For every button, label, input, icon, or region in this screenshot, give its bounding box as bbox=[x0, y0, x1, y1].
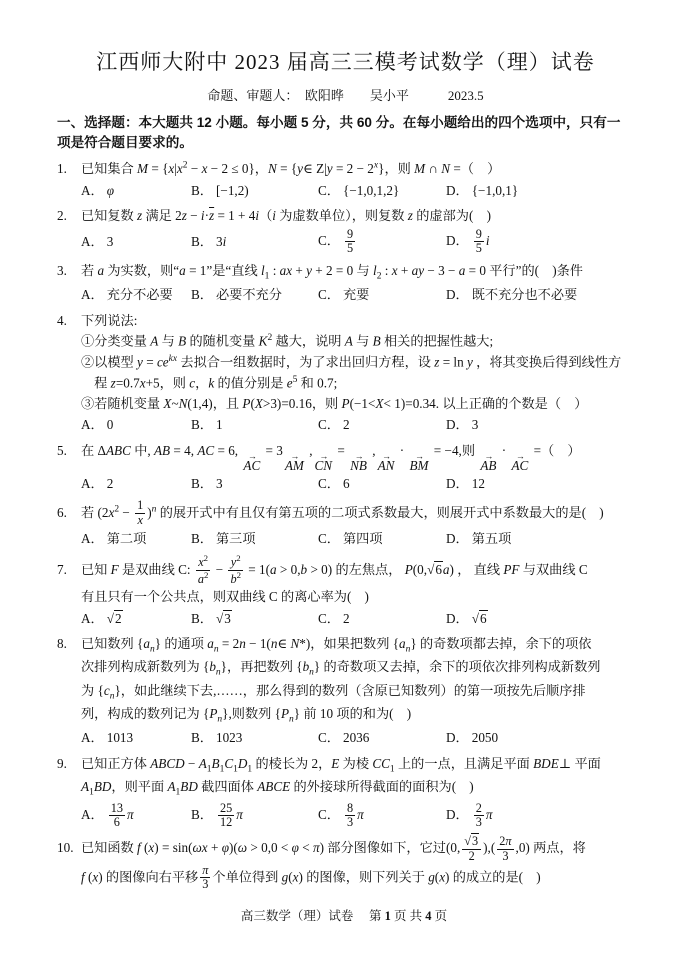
option-d: D．2050 bbox=[446, 728, 634, 748]
question-stem-line: 为 {cn}，如此继续下去,……，那么得到的数列（含原已知数列）的第一项按先后顺… bbox=[57, 681, 634, 704]
question-stem-line: f (x) 的图像向右平移π3个单位得到 g(x) 的图像，则下列关于 g(x)… bbox=[57, 864, 634, 893]
question-number: 6. bbox=[57, 503, 81, 523]
question-stem: 若 a 为实数，则“a = 1”是“直线 l1 : ax + y + 2 = 0… bbox=[81, 263, 583, 278]
question-stem: 已知函数 f (x) = sin(ωx + φ)(ω > 0,0 < φ < π… bbox=[81, 840, 586, 855]
question-stem-line: 列，构成的数列记为 {Pn},则数列 {Pn} 前 10 项的和为( ) bbox=[57, 704, 634, 727]
option-c: C．83π bbox=[318, 802, 446, 831]
exam-authors: 命题、审题人： 欧阳晔 吴小平 2023.5 bbox=[57, 85, 634, 104]
option-b: B．√3 bbox=[191, 609, 318, 629]
option-c: C．6 bbox=[318, 474, 446, 494]
question-stem-line: 程 z=0.7x+5，则 c，k 的值分别是 e5 和 0.7; bbox=[57, 373, 634, 394]
question-number: 2. bbox=[57, 206, 81, 226]
option-c: C．{−1,0,1,2} bbox=[318, 181, 446, 201]
question-number: 9. bbox=[57, 754, 81, 774]
question-number: 8. bbox=[57, 634, 81, 654]
question-stem-line: 次排列构成新数列为 {bn}，再把数列 {bn} 的奇数项又去掉，余下的项依次排… bbox=[57, 657, 634, 680]
question-stem: 已知集合 M = {x|x2 − x − 2 ≤ 0}，N = {y∈ Z|y … bbox=[81, 161, 500, 176]
exam-page: 江西师大附中 2023 届高三三模考试数学（理）试卷 命题、审题人： 欧阳晔 吴… bbox=[0, 0, 688, 972]
option-d: D．既不充分也不必要 bbox=[446, 285, 634, 305]
page-footer: 高三数学（理）试卷 第 1 页 共 4 页 bbox=[0, 906, 688, 924]
option-b: B．3i bbox=[191, 232, 318, 252]
option-a: A．√2 bbox=[81, 609, 191, 629]
question-number: 7. bbox=[57, 560, 81, 580]
options-row: A．3 B．3i C．95 D．95i bbox=[57, 228, 634, 257]
question-10: 10.已知函数 f (x) = sin(ωx + φ)(ω > 0,0 < φ … bbox=[57, 835, 634, 892]
question-stem-line: 有且只有一个公共点，则双曲线 C 的离心率为( ) bbox=[57, 587, 634, 607]
option-a: A．3 bbox=[81, 232, 191, 252]
option-d: D．第五项 bbox=[446, 529, 634, 549]
question-number: 1. bbox=[57, 159, 81, 179]
option-b: B．3 bbox=[191, 474, 318, 494]
option-a: A．1013 bbox=[81, 728, 191, 748]
option-d: D．{−1,0,1} bbox=[446, 181, 634, 201]
question-stem: 若 (2x2 − 1x)n 的展开式中有且仅有第五项的二项式系数最大，则展开式中… bbox=[81, 505, 604, 520]
question-number: 10. bbox=[57, 838, 81, 858]
question-stem: 已知正方体 ABCD − A1B1C1D1 的棱长为 2，E 为棱 CC1 上的… bbox=[81, 756, 601, 771]
option-b: B．第三项 bbox=[191, 529, 318, 549]
option-d: D．23π bbox=[446, 802, 634, 831]
option-b: B．2512π bbox=[191, 802, 318, 831]
question-stem-line: ②以模型 y = cekx 去拟合一组数据时，为了求出回归方程，设 z = ln… bbox=[57, 352, 634, 373]
option-a: A．136π bbox=[81, 802, 191, 831]
option-a: A．φ bbox=[81, 181, 191, 201]
question-stem-line: ①分类变量 A 与 B 的随机变量 K2 越大，说明 A 与 B 相关的把握性越… bbox=[57, 331, 634, 352]
question-7: 7.已知 F 是双曲线 C: x2a2 − y2b2 = 1(a > 0,b >… bbox=[57, 554, 634, 629]
question-stem-line: ③若随机变量 X~N(1,4)，且 P(X>3)=0.16，则 P(−1<X< … bbox=[57, 394, 634, 414]
question-stem: 在 ΔABC 中, AB = 4, AC = 6, →AC = 3→AM ,→C… bbox=[81, 443, 581, 458]
option-c: C．2036 bbox=[318, 728, 446, 748]
option-d: D．√6 bbox=[446, 609, 634, 629]
option-a: A．充分不必要 bbox=[81, 285, 191, 305]
options-row: A．φ B．[−1,2) C．{−1,0,1,2} D．{−1,0,1} bbox=[57, 181, 634, 201]
section-header: 一、选择题：本大题共 12 小题。每小题 5 分，共 60 分。在每小题给出的四… bbox=[57, 113, 634, 154]
question-stem: 已知 F 是双曲线 C: x2a2 − y2b2 = 1(a > 0,b > 0… bbox=[81, 562, 588, 577]
question-5: 5.在 ΔABC 中, AB = 4, AC = 6, →AC = 3→AM ,… bbox=[57, 441, 634, 495]
question-number: 4. bbox=[57, 311, 81, 331]
question-6: 6.若 (2x2 − 1x)n 的展开式中有且仅有第五项的二项式系数最大，则展开… bbox=[57, 499, 634, 549]
option-c: C．充要 bbox=[318, 285, 446, 305]
options-row: A．136π B．2512π C．83π D．23π bbox=[57, 802, 634, 831]
option-b: B．[−1,2) bbox=[191, 181, 318, 201]
option-b: B．必要不充分 bbox=[191, 285, 318, 305]
question-8: 8.已知数列 {an} 的通项 an = 2n − 1(n∈ N*)，如果把数列… bbox=[57, 634, 634, 749]
options-row: A．充分不必要 B．必要不充分 C．充要 D．既不充分也不必要 bbox=[57, 285, 634, 305]
option-a: A．第二项 bbox=[81, 529, 191, 549]
question-1: 1.已知集合 M = {x|x2 − x − 2 ≤ 0}，N = {y∈ Z|… bbox=[57, 159, 634, 201]
question-3: 3.若 a 为实数，则“a = 1”是“直线 l1 : ax + y + 2 =… bbox=[57, 261, 634, 306]
options-row: A．第二项 B．第三项 C．第四项 D．第五项 bbox=[57, 529, 634, 549]
question-4: 4.下列说法: ①分类变量 A 与 B 的随机变量 K2 越大，说明 A 与 B… bbox=[57, 311, 634, 436]
option-d: D．95i bbox=[446, 228, 634, 257]
question-stem: 下列说法: bbox=[81, 313, 137, 328]
option-d: D．3 bbox=[446, 415, 634, 435]
option-d: D．12 bbox=[446, 474, 634, 494]
question-2: 2.已知复数 z 满足 2z − i·z = 1 + 4i（i 为虚数单位），则… bbox=[57, 206, 634, 256]
question-9: 9.已知正方体 ABCD − A1B1C1D1 的棱长为 2，E 为棱 CC1 … bbox=[57, 754, 634, 830]
options-row: A．2 B．3 C．6 D．12 bbox=[57, 474, 634, 494]
option-a: A．0 bbox=[81, 415, 191, 435]
question-number: 3. bbox=[57, 261, 81, 281]
options-row: A．√2 B．√3 C．2 D．√6 bbox=[57, 609, 634, 629]
page-title: 江西师大附中 2023 届高三三模考试数学（理）试卷 bbox=[57, 46, 634, 76]
option-c: C．2 bbox=[318, 415, 446, 435]
option-a: A．2 bbox=[81, 474, 191, 494]
option-c: C．2 bbox=[318, 609, 446, 629]
question-stem-line: A1BD，则平面 A1BD 截四面体 ABCE 的外接球所得截面的面积为( ) bbox=[57, 777, 634, 800]
options-row: A．0 B．1 C．2 D．3 bbox=[57, 415, 634, 435]
question-stem: 已知数列 {an} 的通项 an = 2n − 1(n∈ N*)，如果把数列 {… bbox=[81, 636, 591, 651]
question-stem: 已知复数 z 满足 2z − i·z = 1 + 4i（i 为虚数单位），则复数… bbox=[81, 208, 491, 223]
option-b: B．1023 bbox=[191, 728, 318, 748]
option-c: C．第四项 bbox=[318, 529, 446, 549]
options-row: A．1013 B．1023 C．2036 D．2050 bbox=[57, 728, 634, 748]
option-c: C．95 bbox=[318, 228, 446, 257]
option-b: B．1 bbox=[191, 415, 318, 435]
question-number: 5. bbox=[57, 441, 81, 461]
